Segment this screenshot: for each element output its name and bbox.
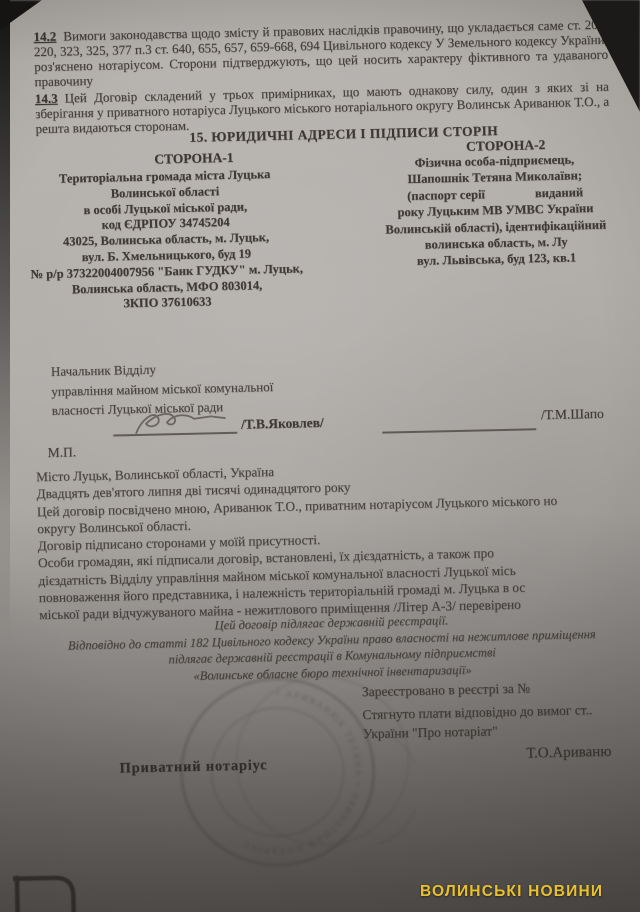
party1-address: Територіальна громада міста Луцька Волин… [17,166,316,315]
signature-name-left: /Т.В.Яковлев/ [241,415,324,433]
signature-line-right [382,428,536,433]
clause-14-2: 14.2Вимоги законодавства щодо змісту й п… [33,18,608,90]
party2-address: Фізична особа-підприємець, Шапошнік Тетя… [360,150,630,271]
photo-left-edge-shadow [0,0,10,640]
clause-14-2-number: 14.2 [33,29,56,44]
private-notary-label: Приватний нотаріус [119,757,267,777]
signature-mark [133,405,230,439]
notary-certification-text: Місто Луцьк, Волинської області, Україна… [36,455,627,623]
document-photo: 14.2Вимоги законодавства щодо змісту й п… [0,0,640,912]
seal-place-label: М.П. [47,444,76,461]
notary-name: Т.О.Ариваню [526,744,611,763]
document-page: 14.2Вимоги законодавства щодо змісту й п… [0,0,640,912]
party1-header: СТОРОНА-1 [154,150,234,168]
table-frame-corner [9,837,101,912]
signature-name-right: /Т.М.Шапо [541,406,604,423]
news-watermark: ВОЛИНСЬКІ НОВИНИ [420,883,603,901]
clause-14-2-text: Вимоги законодавства щодо змісту й право… [34,17,609,89]
clause-14-3-number: 14.3 [35,91,58,106]
